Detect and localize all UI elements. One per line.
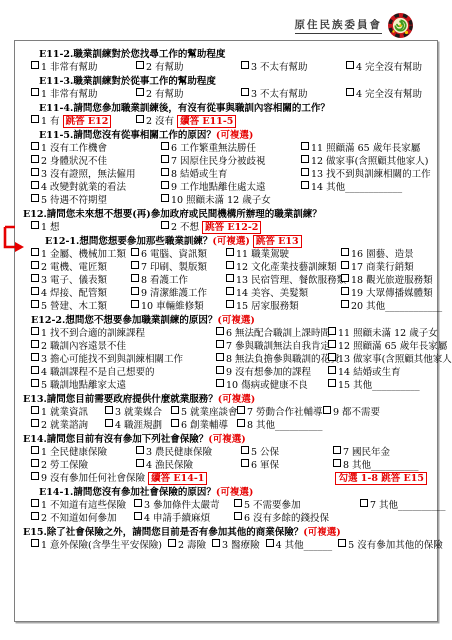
checkbox-E12-1[interactable] — [31, 221, 39, 229]
question-E14: E14.請問您目前有沒有參加下列社會保險？(可複選)1全民健康保險3農民健康保險… — [23, 433, 429, 485]
checkbox-E11-2-2[interactable] — [136, 61, 144, 69]
option-number: 1 — [41, 407, 47, 418]
option-item-E12-2-12[interactable]: 12照顧滿 65 歲年長家屬 — [328, 340, 447, 353]
option-item-E12-1[interactable]: 1想 — [31, 221, 161, 234]
question-title-text: E12-1.想問您想要參加那些職業訓練？ — [45, 236, 212, 247]
option-item-E12-1-7[interactable]: 7印刷、製版類 — [131, 261, 226, 274]
option-item-E13-8[interactable]: 8其他__________ — [237, 419, 323, 432]
option-row: 2電機、電匠類7印刷、製版類12文化產業技藝訓練類17商業行銷類 — [23, 261, 429, 274]
option-number: 8 — [141, 275, 147, 286]
checkbox-E12-2-14[interactable] — [328, 366, 336, 374]
checkbox-E12-2-15[interactable] — [328, 379, 336, 387]
checkbox-E15-5[interactable] — [338, 539, 346, 547]
checkbox-E12-1-1[interactable] — [31, 248, 39, 256]
option-number: 8 — [171, 169, 177, 180]
checkbox-E12-2-11[interactable] — [328, 327, 336, 335]
option-label: 照顧滿 65 歲年長家屬 — [353, 341, 447, 352]
option-label: 壽險 — [187, 540, 206, 551]
checkbox-E12-1-11[interactable] — [226, 248, 234, 256]
skip-instruction-box: 續答 E11-5 — [177, 115, 236, 128]
option-item-E11-4-2[interactable]: 2沒有續答 E11-5 — [136, 115, 236, 128]
option-label: 完全沒有幫助 — [365, 89, 422, 100]
option-number: 12 — [236, 262, 248, 273]
option-row: 9沒有參加任何社會保險續答 E14-1勾選 1-8 跳答 E15 — [23, 472, 429, 485]
option-item-E15-3[interactable]: 3醫療險 — [212, 539, 260, 552]
option-number: 7 — [247, 407, 253, 418]
option-item-E13-1[interactable]: 1就業資訊 — [31, 406, 105, 419]
multi-select-note: (可複選) — [303, 527, 341, 538]
option-item-E15-1[interactable]: 1意外保險(含學生平安保險) — [31, 539, 162, 552]
option-number: 11 — [311, 143, 323, 154]
checkbox-E11-4-1[interactable] — [31, 115, 39, 123]
option-item-E11-3-3[interactable]: 3不太有幫助 — [241, 88, 346, 101]
option-number: 2 — [146, 116, 152, 127]
option-item-E14-1-7[interactable]: 7其他__________ — [360, 499, 446, 512]
option-row: 3電子、儀表類8看護工作13民宿管理、餐飲服務類18觀光旅遊服務類 — [23, 274, 429, 287]
option-item-E11-5-6[interactable]: 6工作繁重無法勝任 — [161, 142, 301, 155]
option-number: 5 — [41, 195, 47, 206]
option-label: 無法負擔參與職訓的花費 — [235, 354, 340, 365]
option-number: 2 — [41, 262, 47, 273]
multi-select-note: (可複選) — [216, 487, 254, 498]
checkbox-E14-8[interactable] — [333, 459, 341, 467]
skip-instruction-box: 跳答 E12-2 — [202, 221, 261, 234]
option-label: 非常有幫助 — [50, 89, 98, 100]
checkbox-E12-1-8[interactable] — [131, 274, 139, 282]
checkbox-E14-1[interactable] — [31, 446, 39, 454]
option-row: 1意外保險(含學生平安保險)2壽險3醫療險4其他______5沒有參加其他的保險 — [23, 539, 429, 552]
option-label: 待遇不符期望 — [50, 195, 107, 206]
option-item-E11-3-4[interactable]: 4完全沒有幫助 — [346, 88, 451, 101]
option-number: 3 — [144, 500, 150, 511]
checkbox-E11-5-7[interactable] — [161, 155, 169, 163]
checkbox-E11-5-14[interactable] — [301, 181, 309, 189]
option-item-E14-1-6[interactable]: 6沒有多餘的錢投保 — [234, 512, 360, 525]
option-item-E12-1-8[interactable]: 8看護工作 — [131, 274, 226, 287]
checkbox-E14-1-6[interactable] — [234, 512, 242, 520]
question-title: E14.請問您目前有沒有參加下列社會保險？(可複選) — [23, 433, 429, 446]
checkbox-E13-5[interactable] — [171, 406, 179, 414]
option-label: 不知道有這些保險 — [50, 500, 126, 511]
option-item-E14-7[interactable]: 7國民年金 — [333, 446, 390, 459]
option-item-E11-3-2[interactable]: 2有幫助 — [136, 88, 241, 101]
option-item-E12-1-4[interactable]: 4焊接、配管類 — [31, 287, 131, 300]
question-E12-2: E12-2.想問您不想要參加職業訓練的原因？(可複選)1找不到合適的訓練課程6無… — [23, 314, 429, 392]
checkbox-E15-3[interactable] — [212, 539, 220, 547]
checkbox-E13-7[interactable] — [237, 406, 245, 414]
checkbox-E15-1[interactable] — [31, 539, 39, 547]
checkbox-E13-1[interactable] — [31, 406, 39, 414]
checkbox-E12-1-12[interactable] — [226, 261, 234, 269]
option-label: 大眾傳播媒體類 — [366, 288, 433, 299]
option-item-E11-5-1[interactable]: 1沒有工作機會 — [31, 142, 161, 155]
option-label: 其他__________ — [352, 460, 419, 471]
checkbox-E12-1-5[interactable] — [31, 300, 39, 308]
option-item-E12-1-11[interactable]: 11職業駕駛 — [226, 248, 341, 261]
option-item-E12-1-19[interactable]: 19大眾傳播媒體類 — [341, 287, 433, 300]
option-item-E14-8[interactable]: 8其他__________ — [333, 459, 419, 472]
checkbox-E12-1-19[interactable] — [341, 287, 349, 295]
option-label: 沒有證照，無法僱用 — [50, 169, 136, 180]
option-item-E14-2[interactable]: 2勞工保險 — [31, 459, 136, 472]
option-label: 做家事(含照顧其他家人) — [326, 156, 428, 167]
option-label: 看護工作 — [150, 275, 188, 286]
option-row: 2不知道如何參加4申請手續麻煩6沒有多餘的錢投保 — [23, 512, 429, 525]
option-row: 2職訓內容遠景不佳7參與職訓無法自我肯定12照顧滿 65 歲年長家屬 — [23, 340, 429, 353]
option-item-E11-2-3[interactable]: 3不太有幫助 — [241, 61, 346, 74]
option-item-E11-5-8[interactable]: 8結婚或生育 — [161, 168, 301, 181]
option-row: 1沒有工作機會6工作繁重無法勝任11照顧滿 65 歲年長家屬 — [23, 142, 429, 155]
checkbox-E11-5-4[interactable] — [31, 181, 39, 189]
option-label: 職涯規劃 — [124, 420, 162, 431]
checkbox-E14-1-3[interactable] — [134, 499, 142, 507]
option-label: 照顧未滿 12 歲子女 — [353, 328, 438, 339]
checkbox-E11-5-13[interactable] — [301, 168, 309, 176]
option-row: 3沒有證照，無法僱用8結婚或生育13找不到與訓練相關的工作 — [23, 168, 429, 181]
checkbox-E11-3-4[interactable] — [346, 88, 354, 96]
checkbox-E11-2-1[interactable] — [31, 61, 39, 69]
checkbox-E12-2-10[interactable] — [216, 379, 224, 387]
checkbox-E12-1-3[interactable] — [31, 274, 39, 282]
option-number: 12 — [311, 156, 323, 167]
option-row: 1有跳答 E122沒有續答 E11-5 — [23, 115, 429, 128]
checkbox-E11-5-12[interactable] — [301, 155, 309, 163]
checkbox-E15-2[interactable] — [168, 539, 176, 547]
option-item-E11-2-1[interactable]: 1非常有幫助 — [31, 61, 136, 74]
option-item-E11-2-4[interactable]: 4完全沒有幫助 — [346, 61, 451, 74]
option-item-E11-5-5[interactable]: 5待遇不符期望 — [31, 194, 161, 207]
checkbox-E13-9[interactable] — [323, 406, 331, 414]
option-number: 4 — [41, 367, 47, 378]
option-item-E12-1-20[interactable]: 20其他____________ — [341, 300, 442, 313]
option-label: 不想 — [180, 222, 199, 233]
checkbox-E12-2-5[interactable] — [31, 379, 39, 387]
question-title-text: E11-5.請問您沒有從事相關工作的原因？ — [39, 130, 216, 141]
option-number: 9 — [41, 473, 47, 484]
option-label: 不需要參加 — [253, 500, 301, 511]
option-label: 非常有幫助 — [50, 62, 98, 73]
option-label: 都不需要 — [342, 407, 380, 418]
option-item-E12-1-18[interactable]: 18觀光旅遊服務類 — [341, 274, 433, 287]
option-number: 11 — [338, 328, 350, 339]
option-number: 15 — [338, 380, 350, 391]
checkbox-E13-8[interactable] — [237, 419, 245, 427]
checkbox-E11-4-2[interactable] — [136, 115, 144, 123]
option-item-E12-1-16[interactable]: 16園藝、造景 — [341, 248, 414, 261]
option-label: 職訓課程不是自己想要的 — [50, 367, 155, 378]
option-label: 擔心可能找不到與訓練相關工作 — [50, 354, 183, 365]
option-item-E12-1-15[interactable]: 15居家服務類 — [226, 300, 341, 313]
question-E11-4: E11-4.請問您參加職業訓練後，有沒有從事與職訓內容相關的工作？1有跳答 E1… — [23, 102, 429, 128]
option-item-E12-2-11[interactable]: 11照顧未滿 12 歲子女 — [328, 327, 438, 340]
option-item-E11-5-2[interactable]: 2身體狀況不佳 — [31, 155, 161, 168]
option-item-E11-5-4[interactable]: 4改變對就業的看法 — [31, 181, 161, 194]
checkbox-E11-2-4[interactable] — [346, 61, 354, 69]
option-item-E14-5[interactable]: 5公保 — [241, 446, 333, 459]
option-number: 18 — [351, 275, 363, 286]
option-number: 13 — [236, 275, 248, 286]
checkbox-E12-1-13[interactable] — [226, 274, 234, 282]
option-number: 10 — [141, 301, 153, 312]
checkbox-E12-1-16[interactable] — [341, 248, 349, 256]
checkbox-E14-4[interactable] — [136, 459, 144, 467]
option-item-E13-7[interactable]: 7勞動合作社輔導 — [237, 406, 323, 419]
question-E11-2: E11-2.職業訓練對於您找尋工作的幫助程度1非常有幫助2有幫助3不太有幫助4完… — [23, 48, 429, 74]
option-item-E13-9[interactable]: 9都不需要 — [323, 406, 380, 419]
question-title: E11-3.職業訓練對於從事工作的幫助程度 — [23, 75, 429, 88]
option-row: 5營建、木工類10車輛維修類15居家服務類20其他____________ — [23, 300, 429, 313]
checkbox-E11-5-1[interactable] — [31, 142, 39, 150]
checkbox-E11-3-3[interactable] — [241, 88, 249, 96]
checkbox-E14-2[interactable] — [31, 459, 39, 467]
option-item-E12-2-6[interactable]: 6無法配合職訓上課時間 — [216, 327, 328, 340]
checkbox-E11-5-8[interactable] — [161, 168, 169, 176]
checkbox-E14-5[interactable] — [241, 446, 249, 454]
option-row: 5待遇不符期望10照顧未滿 12 歲子女 — [23, 194, 429, 207]
checkbox-E12-2-1[interactable] — [31, 327, 39, 335]
option-number: 7 — [141, 262, 147, 273]
checkbox-E14-1-5[interactable] — [234, 499, 242, 507]
option-item-E12-1-9[interactable]: 9清潔維護工作 — [131, 287, 226, 300]
checkbox-E11-3-1[interactable] — [31, 88, 39, 96]
option-item-E11-5-9[interactable]: 9工作地點離住處太遠 — [161, 181, 301, 194]
option-number: 16 — [351, 249, 363, 260]
checkbox-E12-2[interactable] — [161, 221, 169, 229]
option-item-E12-1-12[interactable]: 12文化產業技藝訓練類 — [226, 261, 341, 274]
question-title-text: E13.請問您目前需要政府提供什麼就業服務？ — [23, 394, 218, 405]
checkbox-E14-1-4[interactable] — [134, 512, 142, 520]
checkbox-E12-1-9[interactable] — [131, 287, 139, 295]
question-title-text: E11-2.職業訓練對於您找尋工作的幫助程度 — [39, 49, 225, 60]
option-item-E14-1-5[interactable]: 5不需要參加 — [234, 499, 360, 512]
checkbox-E13-3[interactable] — [105, 406, 113, 414]
option-label: 全民健康保險 — [50, 447, 107, 458]
option-item-E11-3-1[interactable]: 1非常有幫助 — [31, 88, 136, 101]
option-label: 公保 — [260, 447, 279, 458]
option-item-E11-5-13[interactable]: 13找不到與訓練相關的工作 — [301, 168, 431, 181]
question-title: E11-5.請問您沒有從事相關工作的原因？(可複選) — [23, 129, 429, 142]
option-item-E12-2-4[interactable]: 4職訓課程不是自己想要的 — [31, 366, 216, 379]
question-E14-1: E14-1.請問您沒有參加社會保險的原因？(可複選)1不知道有這些保險3參加條件… — [23, 486, 429, 525]
option-item-E13-5[interactable]: 5就業座談會 — [171, 406, 237, 419]
option-number: 2 — [41, 460, 47, 471]
option-number: 8 — [247, 420, 253, 431]
option-item-E15-2[interactable]: 2壽險 — [168, 539, 206, 552]
option-number: 10 — [171, 195, 183, 206]
option-item-E12-2-3[interactable]: 3擔心可能找不到與訓練相關工作 — [31, 353, 216, 366]
option-row: 5職訓地點離家太遠10傷病或健康不良15其他__________ — [23, 379, 429, 392]
checkbox-E12-2-6[interactable] — [216, 327, 224, 335]
option-item-E12-1-3[interactable]: 3電子、儀表類 — [31, 274, 131, 287]
option-row: 2就業諮詢4職涯規劃6創業輔導8其他__________ — [23, 419, 429, 432]
option-number: 4 — [146, 460, 152, 471]
option-label: 申請手續麻煩 — [153, 513, 210, 524]
checkbox-E12-1-18[interactable] — [341, 274, 349, 282]
option-number: 14 — [311, 182, 323, 193]
checkbox-E11-3-2[interactable] — [136, 88, 144, 96]
option-item-E14-3[interactable]: 3農民健康保險 — [136, 446, 241, 459]
checkbox-E12-1-6[interactable] — [131, 248, 139, 256]
option-label: 職訓內容遠景不佳 — [50, 341, 126, 352]
option-item-E12-1-1[interactable]: 1金屬、機械加工類 — [31, 248, 131, 261]
question-title-text: E12-2.想問您不想要參加職業訓練的原因？ — [31, 315, 217, 326]
option-item-E11-5-10[interactable]: 10照顧未滿 12 歲子女 — [161, 194, 301, 207]
option-label: 沒有想參加的課程 — [235, 367, 311, 378]
checkbox-E14-6[interactable] — [241, 459, 249, 467]
question-E13: E13.請問您目前需要政府提供什麼就業服務？(可複選)1就業資訊3就業媒合5就業… — [23, 393, 429, 432]
option-item-E14-1-2[interactable]: 2不知道如何參加 — [31, 512, 134, 525]
option-item-E12-1-14[interactable]: 14美容、美髮類 — [226, 287, 341, 300]
option-item-E14-1-1[interactable]: 1不知道有這些保險 — [31, 499, 134, 512]
checkbox-E12-1-14[interactable] — [226, 287, 234, 295]
checkbox-E13-2[interactable] — [31, 419, 39, 427]
option-item-E12-2[interactable]: 2不想跳答 E12-2 — [161, 221, 261, 234]
option-item-E14-1[interactable]: 1全民健康保險 — [31, 446, 136, 459]
option-item-E14-1-3[interactable]: 3參加條件太嚴苛 — [134, 499, 234, 512]
checkbox-E14-7[interactable] — [333, 446, 341, 454]
option-number: 14 — [338, 367, 350, 378]
option-item-E12-2-1[interactable]: 1找不到合適的訓練課程 — [31, 327, 216, 340]
option-item-E12-1-2[interactable]: 2電機、電匠類 — [31, 261, 131, 274]
checkbox-E12-1-2[interactable] — [31, 261, 39, 269]
option-item-E13-3[interactable]: 3就業媒合 — [105, 406, 171, 419]
option-label: 參與職訓無法自我肯定 — [235, 341, 330, 352]
checkbox-E11-5-3[interactable] — [31, 168, 39, 176]
option-item-E12-2-10[interactable]: 10傷病或健康不良 — [216, 379, 328, 392]
checkbox-E15-4[interactable] — [266, 539, 274, 547]
option-number: 9 — [333, 407, 339, 418]
option-item-E12-2-9[interactable]: 9沒有想參加的課程 — [216, 366, 328, 379]
option-item-E12-2-13[interactable]: 13做家事(含照顧其他家人) — [328, 353, 452, 366]
checkbox-E12-2-3[interactable] — [31, 353, 39, 361]
checkbox-E12-1-15[interactable] — [226, 300, 234, 308]
option-label: 結婚或生育 — [180, 169, 228, 180]
option-item-E12-1-17[interactable]: 17商業行銷類 — [341, 261, 414, 274]
option-number: 9 — [141, 288, 147, 299]
multi-select-note: (可複選) — [216, 130, 254, 141]
option-item-E11-4-1[interactable]: 1有跳答 E12 — [31, 115, 136, 128]
option-label: 職業駕駛 — [251, 249, 289, 260]
checkbox-E11-5-2[interactable] — [31, 155, 39, 163]
option-label: 有 — [50, 116, 60, 127]
option-item-E14-6[interactable]: 6軍保 — [241, 459, 333, 472]
checkbox-E11-5-5[interactable] — [31, 194, 39, 202]
checkbox-E11-5-9[interactable] — [161, 181, 169, 189]
checkbox-E12-1-4[interactable] — [31, 287, 39, 295]
option-number: 1 — [41, 89, 47, 100]
option-label: 清潔維護工作 — [150, 288, 207, 299]
checkbox-E12-2-2[interactable] — [31, 340, 39, 348]
checkbox-E11-5-10[interactable] — [161, 194, 169, 202]
option-item-E14-1-4[interactable]: 4申請手續麻煩 — [134, 512, 234, 525]
checkbox-E13-4[interactable] — [105, 419, 113, 427]
option-label: 其他__________ — [379, 500, 446, 511]
checkbox-E12-1-20[interactable] — [341, 300, 349, 308]
checkbox-E14-1-7[interactable] — [360, 499, 368, 507]
checkbox-E11-2-3[interactable] — [241, 61, 249, 69]
option-label: 沒有工作機會 — [50, 143, 107, 154]
option-item-E11-5-14[interactable]: 14其他____________ — [301, 181, 402, 194]
checkbox-E12-1-7[interactable] — [131, 261, 139, 269]
option-label: 做家事(含照顧其他家人) — [353, 354, 452, 365]
option-label: 其他____________ — [366, 301, 442, 312]
option-number: 6 — [141, 249, 147, 260]
option-item-E12-1-13[interactable]: 13民宿管理、餐飲服務類 — [226, 274, 341, 287]
option-item-E12-1-6[interactable]: 6電腦、資訊類 — [131, 248, 226, 261]
option-number: 5 — [181, 407, 187, 418]
option-item-E12-2-2[interactable]: 2職訓內容遠景不佳 — [31, 340, 216, 353]
option-label: 美容、美髮類 — [251, 288, 308, 299]
option-row: 1非常有幫助2有幫助3不太有幫助4完全沒有幫助 — [23, 61, 429, 74]
checkbox-E14-1-2[interactable] — [31, 512, 39, 520]
option-number: 15 — [236, 301, 248, 312]
option-number: 19 — [351, 288, 363, 299]
option-item-E13-4[interactable]: 4職涯規劃 — [105, 419, 171, 432]
option-item-E12-1-5[interactable]: 5營建、木工類 — [31, 300, 131, 313]
option-label: 營建、木工類 — [50, 301, 107, 312]
option-item-E11-5-11[interactable]: 11照顧滿 65 歲年長家屬 — [301, 142, 420, 155]
checkbox-E12-2-8[interactable] — [216, 353, 224, 361]
option-item-E11-5-12[interactable]: 12做家事(含照顧其他家人) — [301, 155, 429, 168]
checkbox-E12-1-10[interactable] — [131, 300, 139, 308]
option-item-E13-6[interactable]: 6創業輔導 — [171, 419, 237, 432]
option-label: 其他__________ — [353, 380, 420, 391]
option-item-E12-2-7[interactable]: 7參與職訓無法自我肯定 — [216, 340, 328, 353]
checkbox-E14-1-1[interactable] — [31, 499, 39, 507]
option-item-E15-5[interactable]: 5沒有參加其他的保險 — [338, 539, 443, 552]
option-label: 參加條件太嚴苛 — [153, 500, 220, 511]
option-number: 9 — [226, 367, 232, 378]
checkbox-E12-2-9[interactable] — [216, 366, 224, 374]
option-label: 車輛維修類 — [156, 301, 204, 312]
skip-arrow-icon — [2, 221, 28, 255]
checkbox-E12-2-4[interactable] — [31, 366, 39, 374]
checkbox-E14-3[interactable] — [136, 446, 144, 454]
option-item-E12-1-10[interactable]: 10車輛維修類 — [131, 300, 226, 313]
checkbox-E14-9[interactable] — [31, 472, 39, 480]
option-row: 1金屬、機械加工類6電腦、資訊類11職業駕駛16園藝、造景 — [23, 248, 429, 261]
option-item-E12-2-14[interactable]: 14結婚或生育 — [328, 366, 401, 379]
checkbox-E11-5-11[interactable] — [301, 142, 309, 150]
option-item-E11-5-7[interactable]: 7因原住民身分被歧視 — [161, 155, 301, 168]
option-item-E14-9[interactable]: 9沒有參加任何社會保險續答 E14-1 — [31, 472, 136, 485]
option-label: 沒有 — [155, 116, 174, 127]
option-number: 6 — [251, 460, 257, 471]
checkbox-E11-5-6[interactable] — [161, 142, 169, 150]
option-item-E12-2-8[interactable]: 8無法負擔參與職訓的花費 — [216, 353, 328, 366]
option-item-E14-4[interactable]: 4漁民保險 — [136, 459, 241, 472]
option-label: 有幫助 — [155, 62, 184, 73]
option-item-E13-2[interactable]: 2就業諮詢 — [31, 419, 105, 432]
question-E15: E15.除了社會保險之外，請問您目前是否有參加其他的商業保險？(可複選)1意外保… — [23, 526, 429, 552]
option-number: 2 — [171, 222, 177, 233]
option-item-E11-2-2[interactable]: 2有幫助 — [136, 61, 241, 74]
multi-select-note: (可複選) — [217, 315, 255, 326]
option-item-E11-5-3[interactable]: 3沒有證照，無法僱用 — [31, 168, 161, 181]
checkbox-E12-1-17[interactable] — [341, 261, 349, 269]
option-number: 7 — [343, 447, 349, 458]
checkbox-E12-2-12[interactable] — [328, 340, 336, 348]
checkbox-E13-6[interactable] — [171, 419, 179, 427]
option-label: 觀光旅遊服務類 — [366, 275, 433, 286]
option-item-E12-2-5[interactable]: 5職訓地點離家太遠 — [31, 379, 216, 392]
option-number: 1 — [41, 116, 47, 127]
checkbox-E12-2-7[interactable] — [216, 340, 224, 348]
option-label: 意外保險(含學生平安保險) — [50, 540, 162, 551]
checkbox-E12-2-13[interactable] — [328, 353, 336, 361]
option-item-E12-2-15[interactable]: 15其他__________ — [328, 379, 420, 392]
option-item-E15-4[interactable]: 4其他______ — [266, 539, 333, 552]
